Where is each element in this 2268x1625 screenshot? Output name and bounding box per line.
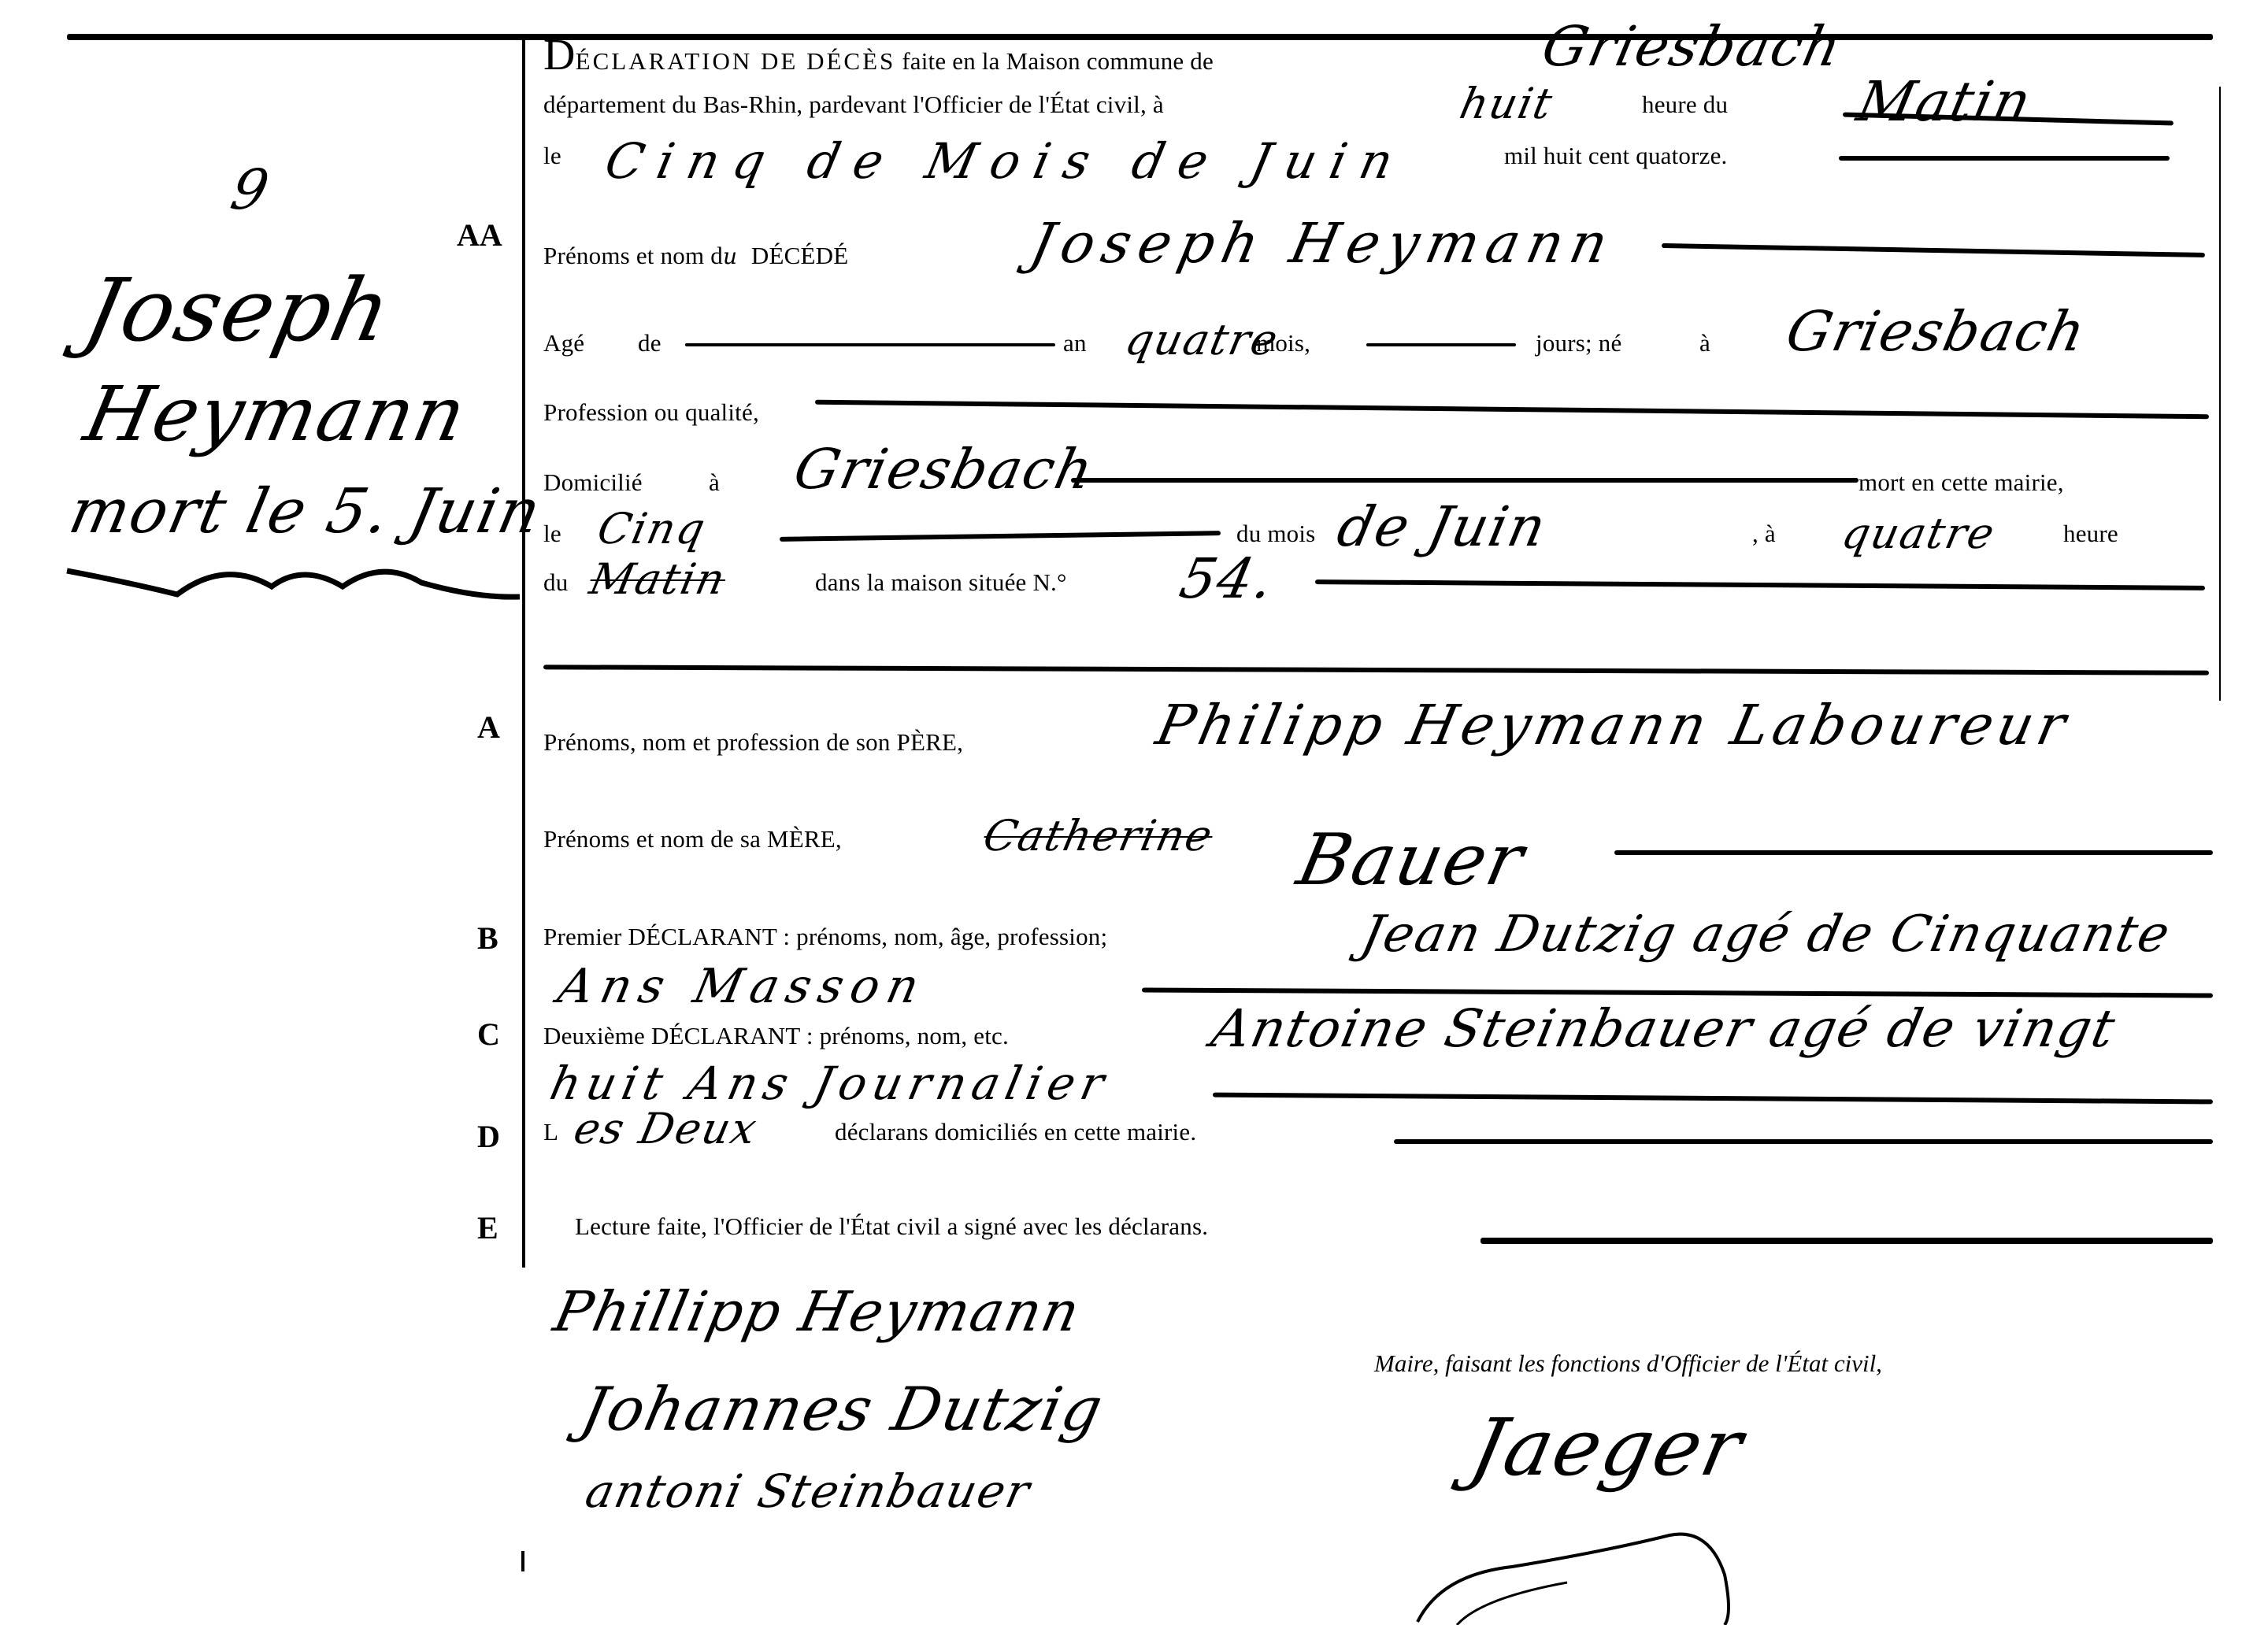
domicile-du-label: du (543, 568, 568, 597)
domicile-place-handwritten: Griesbach (788, 437, 1099, 502)
domicile-a-label: à (709, 468, 720, 497)
domicile-le-label: le (543, 520, 561, 548)
house-number-handwritten: 54. (1174, 546, 1280, 611)
age-a-label: à (1699, 329, 1710, 357)
rule-age-days (1366, 343, 1516, 346)
mother-label: Prénoms et nom de sa MÈRE, (543, 825, 842, 853)
declarant2-value-handwritten: Antoine Steinbauer agé de vingt (1206, 998, 2122, 1059)
hour-handwritten: huit (1455, 79, 1558, 128)
age-de-label: de (638, 329, 661, 357)
rule-blank (543, 664, 2209, 675)
mort-label: mort en cette mairie, (1858, 468, 2064, 497)
signature-father: Phillipp Heymann (548, 1279, 1086, 1344)
comma-a-label: , à (1752, 520, 1776, 548)
deceased-label: Prénoms et nom du DÉCÉDÉ (543, 242, 848, 270)
age-mois-label: mois, (1256, 329, 1310, 357)
rule-house (1315, 579, 2205, 590)
heure-du-label: heure du (1642, 91, 1728, 119)
declarant1-cont-handwritten: Ans Masson (554, 959, 932, 1014)
death-period-handwritten: Matin (585, 554, 731, 604)
rule-age-years (685, 343, 1055, 346)
margin-record-number: 9 (225, 157, 276, 222)
mayor-signature-flourish (1410, 1480, 1882, 1625)
father-label: Prénoms, nom et profession de son PÈRE, (543, 728, 963, 757)
section-letter-d: D (477, 1118, 500, 1155)
rule-domicile (1071, 478, 1858, 483)
rule-year (1839, 156, 2170, 161)
period-handwritten: Matin (1851, 69, 2037, 134)
margin-name-first: Joseph (76, 260, 400, 361)
date-handwritten: Cinq de Mois de Juin (600, 132, 1412, 190)
title-tail: faite en la Maison commune de (902, 47, 1214, 75)
death-hour-handwritten: quatre (1837, 509, 1999, 558)
margin-name-last: Heymann (77, 370, 474, 458)
deceased-name-handwritten: Joseph Heymann (1025, 211, 1621, 276)
declarant1-value-handwritten: Jean Dutzig agé de Cinquante (1356, 905, 2176, 964)
declarant1-label: Premier DÉCLARANT : prénoms, nom, âge, p… (543, 923, 1107, 951)
header-title-line: DÉCLARATION DE DÉCÈS faite en la Maison … (543, 33, 1214, 77)
deceased-label-hw: u (723, 243, 739, 269)
stray-mark (521, 1551, 524, 1571)
year-print: mil huit cent quatorze. (1504, 142, 1728, 170)
signature-declarant2: antoni Steinbauer (581, 1464, 1036, 1518)
du-mois-label: du mois (1236, 520, 1315, 548)
section-letter-e: E (477, 1209, 498, 1246)
death-day-handwritten: Cinq (593, 504, 710, 553)
commune-handwritten: Griesbach (1536, 14, 1847, 79)
section-letter-c: C (477, 1016, 500, 1053)
age-an-label: an (1063, 329, 1087, 357)
rule-domiciled (1394, 1139, 2213, 1144)
reading-label: Lecture faite, l'Officier de l'État civi… (575, 1212, 1208, 1241)
margin-flourish (67, 551, 524, 606)
heure-label: heure (2063, 520, 2118, 548)
mother-first-handwritten: Catherine (979, 811, 1217, 861)
margin-divider (522, 39, 525, 1268)
right-edge-line (2219, 87, 2221, 701)
section-letter-aa: AA (457, 217, 502, 254)
title-text: ÉCLARATION DE DÉCÈS (576, 47, 896, 75)
mother-last-handwritten: Bauer (1291, 819, 1532, 901)
maison-label: dans la maison située N.° (815, 568, 1067, 597)
declarant2-label: Deuxième DÉCLARANT : prénoms, nom, etc. (543, 1022, 1009, 1050)
domiciled-handwritten: es Deux (569, 1104, 762, 1153)
birthplace-handwritten: Griesbach (1781, 299, 2092, 364)
section-letter-a: A (477, 709, 500, 746)
domiciled-l-label: L (543, 1118, 558, 1146)
domiciled-label: déclarans domiciliés en cette mairie. (835, 1118, 1196, 1146)
signature-declarant1: Johannes Dutzig (576, 1374, 1110, 1444)
deceased-label-prefix: Prénoms et nom d (543, 242, 723, 269)
profession-label: Profession ou qualité, (543, 398, 759, 427)
rule-deceased (1662, 243, 2205, 257)
deceased-label-caps: DÉCÉDÉ (751, 242, 848, 269)
le-label: le (543, 142, 561, 170)
rule-declarant1 (1142, 987, 2213, 998)
father-value-handwritten: Philipp Heymann Laboureur (1151, 693, 2076, 757)
margin-death-note: mort le 5. Juin (63, 476, 547, 547)
rule-reading (1480, 1238, 2213, 1244)
rule-profession (815, 400, 2209, 420)
rule-mother (1614, 850, 2213, 855)
death-month-handwritten: de Juin (1332, 494, 1553, 559)
section-letter-b: B (477, 920, 498, 957)
domicile-label: Domicilié (543, 468, 643, 497)
age-label: Agé (543, 329, 584, 357)
age-jours-label: jours; né (1536, 329, 1621, 357)
mayor-caption: Maire, faisant les fonctions d'Officier … (1374, 1349, 1882, 1378)
declarant2-cont-handwritten: huit Ans Journalier (546, 1057, 1115, 1110)
rule-declarant2 (1213, 1093, 2213, 1105)
title-dropcap: D (543, 31, 576, 80)
header-line2: département du Bas-Rhin, pardevant l'Off… (543, 91, 1164, 119)
rule-death-day (780, 531, 1221, 542)
